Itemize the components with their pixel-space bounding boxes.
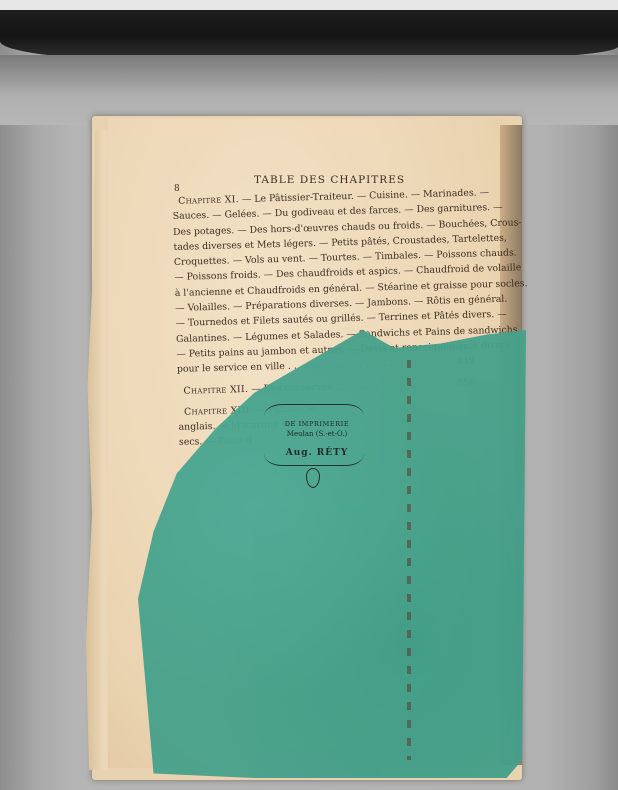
ornament-drop-icon [306,468,320,488]
page-number: 8 [174,184,180,194]
chapter-label: Chapitre XI. [178,194,239,207]
stamp-line-1: DE IMPRIMERIE [262,420,372,428]
stamp-line-2: Meulan (S.-et-O.) [262,430,372,438]
printer-stamp: DE IMPRIMERIE Meulan (S.-et-O.) Aug. RÉT… [262,398,372,490]
stamp-line-3: Aug. RÉTY [262,448,372,458]
rust-stain-line [407,360,411,760]
scanner-shade [0,55,618,125]
page-title: TABLE DES CHAPITRES [254,174,405,186]
chapter-label: Chapitre XII. [183,384,248,397]
